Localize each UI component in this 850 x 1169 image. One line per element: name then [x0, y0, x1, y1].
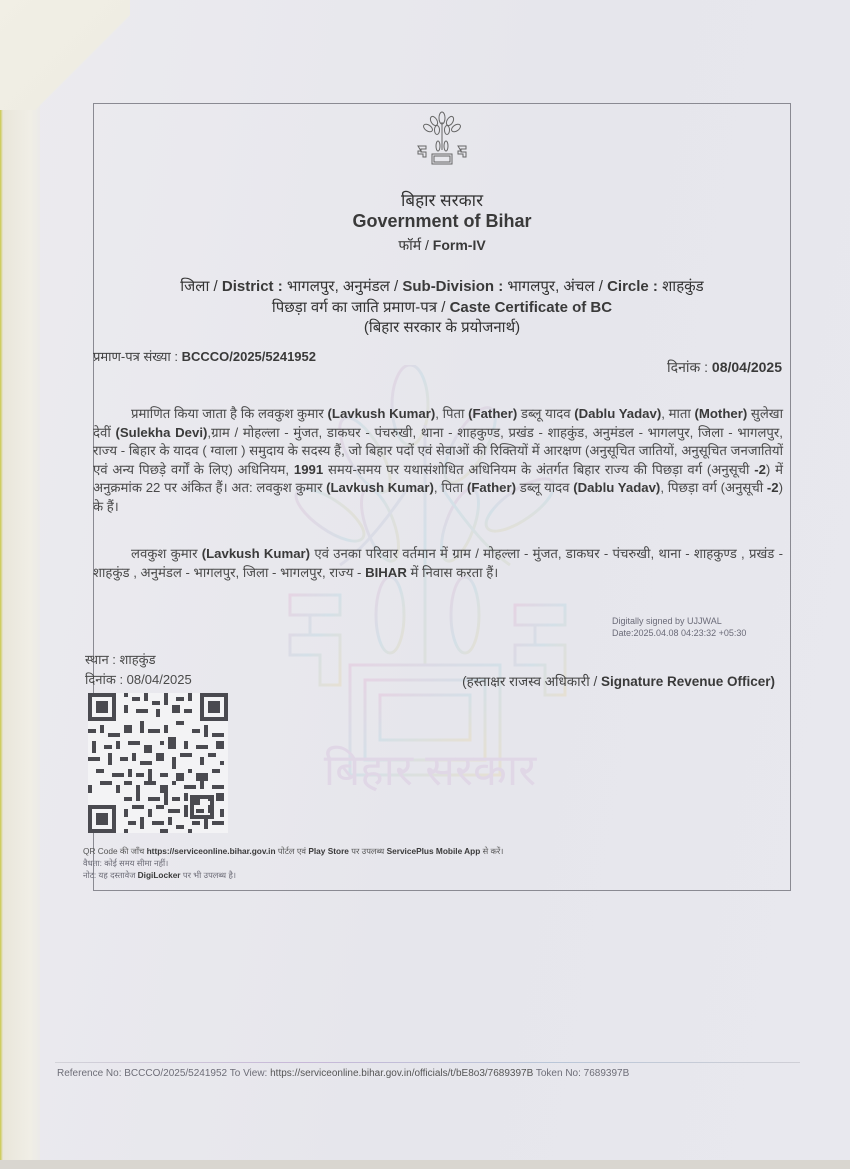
bihar-emblem-icon: [410, 110, 474, 166]
certification-paragraph: प्रमाणित किया जाता है कि लवकुश कुमार (La…: [93, 405, 783, 517]
qr-code-icon[interactable]: [88, 693, 228, 833]
paper-edge: [0, 0, 40, 1169]
certificate-purpose: (बिहार सरकार के प्रयोजनार्थ): [93, 317, 791, 337]
signed-date: Date:2025.04.08 04:23:32 +05:30: [612, 627, 746, 639]
reference-divider: [55, 1062, 800, 1063]
qr-verification-note: QR Code की जाँच https://serviceonline.bi…: [83, 845, 503, 881]
reference-line: Reference No: BCCCO/2025/5241952 To View…: [57, 1068, 629, 1079]
signed-by: Digitally signed by UJJWAL: [612, 615, 746, 627]
issue-date: दिनांक : 08/04/2025: [85, 670, 192, 688]
govt-title-hindi: बिहार सरकार: [93, 188, 791, 211]
certificate-date: दिनांक : 08/04/2025: [667, 358, 782, 377]
scan-bottom-edge: [0, 1160, 850, 1169]
location-line: जिला / District : भागलपुर, अनुमंडल / Sub…: [93, 276, 791, 296]
form-number: फॉर्म / Form-IV: [93, 236, 791, 255]
qr-note-line-1: QR Code की जाँच https://serviceonline.bi…: [83, 845, 503, 857]
folded-corner: [0, 0, 130, 110]
govt-title-english: Government of Bihar: [93, 211, 791, 232]
place: स्थान : शाहकुंड: [85, 650, 156, 668]
certificate-title: पिछड़ा वर्ग का जाति प्रमाण-पत्र / Caste …: [93, 297, 791, 317]
digital-signature: Digitally signed by UJJWAL Date:2025.04.…: [612, 615, 746, 639]
signature-label: (हस्ताक्षर राजस्व अधिकारी / Signature Re…: [462, 672, 775, 690]
qr-note-line-2: वैधता: कोई समय सीमा नहीं।: [83, 857, 503, 869]
residence-paragraph: लवकुश कुमार (Lavkush Kumar) एवं उनका परि…: [93, 545, 783, 582]
reference-url[interactable]: https://serviceonline.bihar.gov.in/offic…: [270, 1068, 533, 1079]
certificate-number: प्रमाण-पत्र संख्या : BCCCO/2025/5241952: [93, 347, 316, 365]
qr-note-line-3: नोट: यह दस्तावेज DigiLocker पर भी उपलब्ध…: [83, 869, 503, 881]
